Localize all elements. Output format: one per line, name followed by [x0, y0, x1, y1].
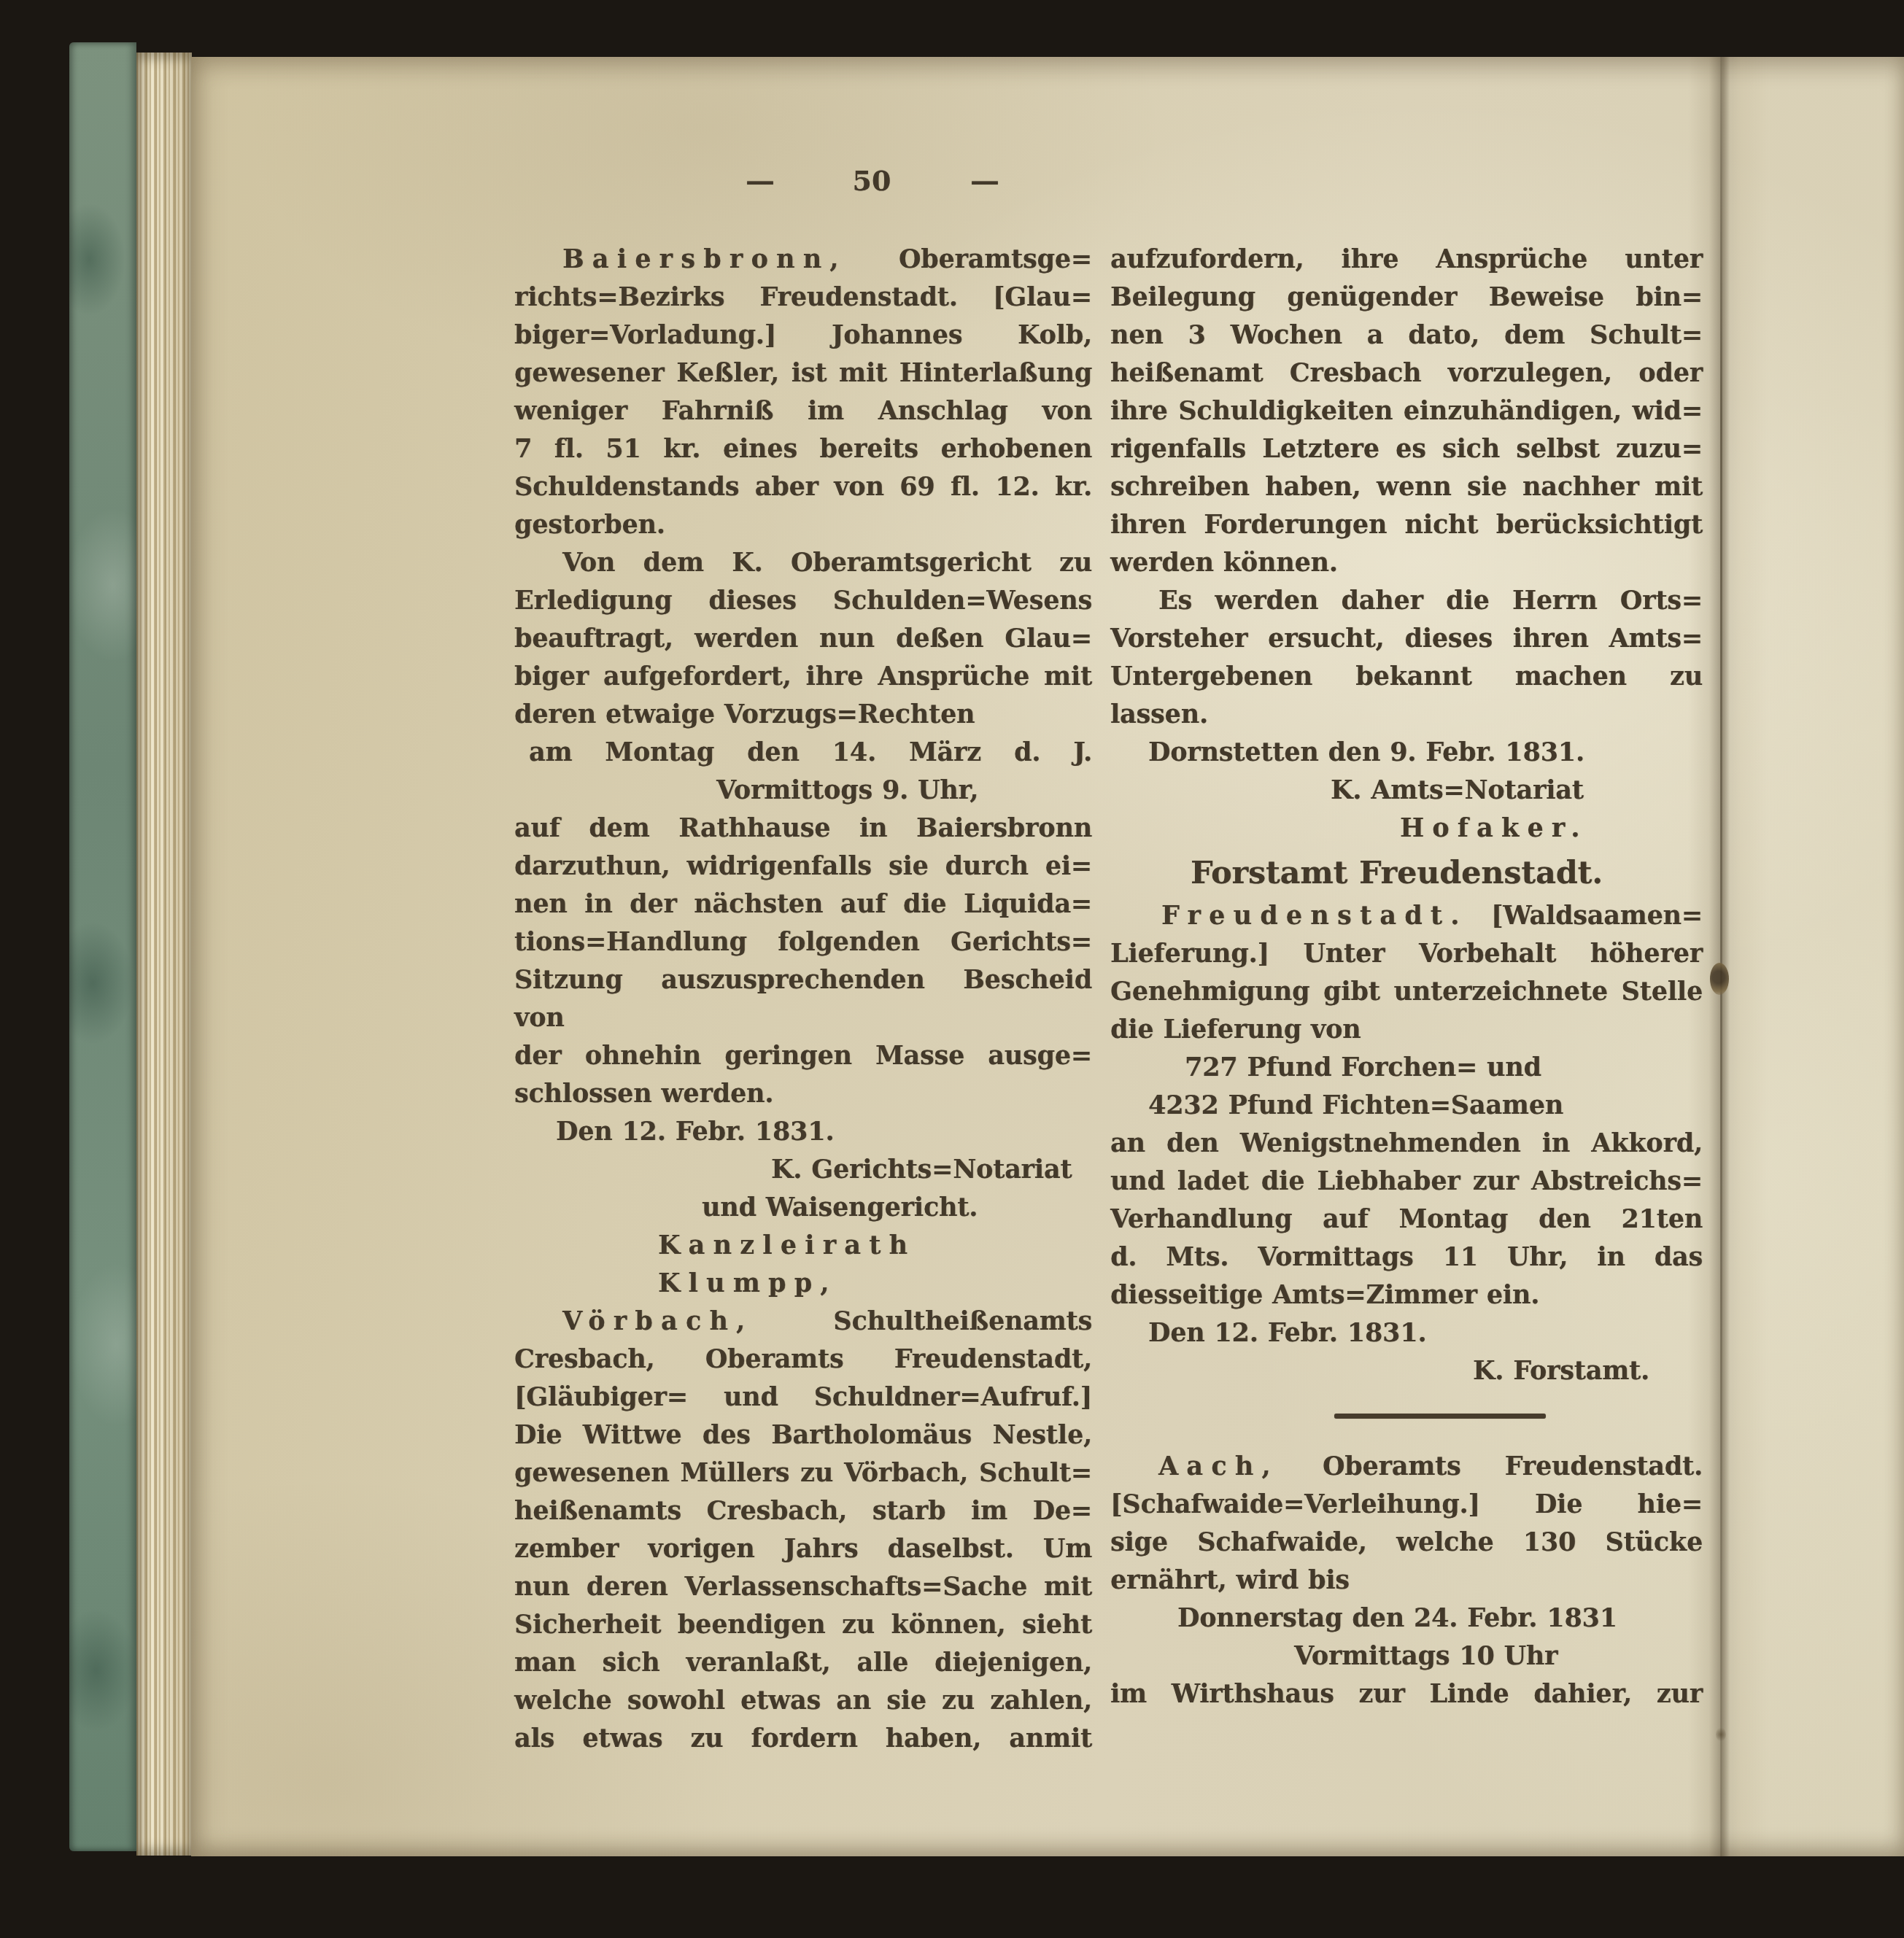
text-line: Kanzleirath Klumpp,: [514, 1227, 1092, 1303]
section-divider-rule: [1334, 1414, 1546, 1419]
page-stack-edges: [136, 53, 192, 1856]
text-line: ernährt, wird bis: [1110, 1562, 1703, 1600]
text-segment: der ohnehin geringen Masse ausge=: [514, 1041, 1092, 1071]
text-line: Vörbach, Schultheißenamts: [514, 1303, 1092, 1341]
letterspaced-text: Aach,: [1158, 1451, 1279, 1481]
text-segment: Vormittags 10 Uhr: [1294, 1641, 1557, 1671]
text-segment: Vorsteher ersucht, dieses ihren Amts=: [1110, 624, 1703, 654]
text-line: deren etwaige Vorzugs=Rechten: [514, 696, 1092, 734]
text-line: zember vorigen Jahrs daselbst. Um: [514, 1530, 1092, 1568]
text-line: im Wirthshaus zur Linde dahier, zur: [1110, 1675, 1703, 1713]
text-segment: Erledigung dieses Schulden=Wesens: [514, 586, 1092, 616]
folio-left-dash: —: [746, 163, 773, 198]
letterspaced-text: Kanzleirath Klumpp,: [658, 1230, 916, 1298]
text-line: heißenamt Cresbach vorzulegen, oder: [1110, 354, 1703, 392]
text-segment: [Gläubiger= und Schuldner=Aufruf.]: [514, 1382, 1092, 1412]
text-line: am Montag den 14. März d. J.: [514, 734, 1092, 772]
text-segment: im Wirthshaus zur Linde dahier, zur: [1110, 1679, 1703, 1709]
text-segment: d. Mts. Vormittags 11 Uhr, in das: [1110, 1242, 1703, 1272]
text-segment: Oberamts Freudenstadt.: [1279, 1451, 1703, 1481]
text-segment: Den 12. Febr. 1831.: [1148, 1318, 1426, 1348]
text-segment: Verhandlung auf Montag den 21ten: [1110, 1204, 1703, 1234]
text-segment: K. Forstamt.: [1473, 1356, 1649, 1386]
notice-oberamtsgericht: Von dem K. Oberamtsgericht zuErledigung …: [514, 544, 1092, 1303]
text-line: Cresbach, Oberamts Freudenstadt,: [514, 1341, 1092, 1379]
text-line: [Gläubiger= und Schuldner=Aufruf.]: [514, 1379, 1092, 1416]
text-line: nun deren Verlassenschafts=Sache mit: [514, 1568, 1092, 1606]
text-segment: als etwas zu fordern haben, anmit: [514, 1724, 1092, 1753]
text-segment: Donnerstag den 24. Febr. 1831: [1177, 1603, 1617, 1633]
text-segment: darzuthun, widrigenfalls sie durch ei=: [514, 851, 1092, 881]
text-line: Untergebenen bekannt machen zu lassen.: [1110, 658, 1703, 734]
text-line: Die Wittwe des Bartholomäus Nestle,: [514, 1416, 1092, 1454]
scanned-page: — 50 — Baiersbronn, Oberamtsge=richts=Be…: [191, 57, 1904, 1856]
text-segment: diesseitige Amts=Zimmer ein.: [1110, 1280, 1539, 1310]
text-line: schreiben haben, wenn sie nachher mit: [1110, 468, 1703, 506]
text-line: Beilegung genügender Beweise bin=: [1110, 279, 1703, 317]
text-segment: Beilegung genügender Beweise bin=: [1110, 282, 1703, 312]
text-line: 727 Pfund Forchen= und: [1110, 1049, 1703, 1087]
text-segment: Schuldenstands aber von 69 fl. 12. kr.: [514, 472, 1092, 502]
text-line: biger=Vorladung.] Johannes Kolb,: [514, 317, 1092, 354]
text-line: gewesener Keßler, ist mit Hinterlaßung: [514, 354, 1092, 392]
text-line: Erledigung dieses Schulden=Wesens: [514, 582, 1092, 620]
text-segment: heißenamt Cresbach vorzulegen, oder: [1110, 358, 1703, 388]
text-line: schlossen werden.: [514, 1075, 1092, 1113]
text-segment: 7 fl. 51 kr. eines bereits erhobenen: [514, 434, 1092, 464]
text-line: Forstamt Freudenstadt.: [1110, 850, 1703, 896]
text-line: tions=Handlung folgenden Gerichts=: [514, 923, 1092, 961]
text-segment: am Montag den 14. März d. J.: [529, 737, 1092, 767]
notice-voerbach: Vörbach, SchultheißenamtsCresbach, Obera…: [514, 1303, 1092, 1758]
text-line: beauftragt, werden nun deßen Glau=: [514, 620, 1092, 658]
text-line: Verhandlung auf Montag den 21ten: [1110, 1201, 1703, 1239]
text-segment: an den Wenigstnehmenden in Akkord,: [1110, 1128, 1703, 1158]
text-segment: gewesenen Müllers zu Vörbach, Schult=: [514, 1458, 1092, 1488]
text-segment: gestorben.: [514, 510, 665, 540]
text-line: gewesenen Müllers zu Vörbach, Schult=: [514, 1454, 1092, 1492]
text-segment: Schultheißenamts: [753, 1306, 1092, 1336]
text-segment: welche sowohl etwas an sie zu zahlen,: [514, 1686, 1092, 1716]
text-segment: Genehmigung gibt unterzeichnete Stelle: [1110, 977, 1703, 1007]
text-segment: tions=Handlung folgenden Gerichts=: [514, 927, 1092, 957]
text-segment: schreiben haben, wenn sie nachher mit: [1110, 472, 1703, 502]
text-segment: Untergebenen bekannt machen zu lassen.: [1110, 662, 1703, 729]
letterspaced-text: Baiersbronn,: [562, 244, 847, 274]
text-line: Freudenstadt. [Waldsaamen=: [1110, 897, 1703, 935]
text-line: K. Gerichts=Notariat: [514, 1151, 1092, 1189]
letterspaced-text: Freudenstadt.: [1161, 901, 1468, 931]
text-segment: Sicherheit beendigen zu können, sieht: [514, 1610, 1092, 1640]
text-line: rigenfalls Letztere es sich selbst zuzu=: [1110, 430, 1703, 468]
text-segment: nen in der nächsten auf die Liquida=: [514, 889, 1092, 919]
text-segment: Lieferung.] Unter Vorbehalt höherer: [1110, 939, 1703, 969]
text-segment: weniger Fahrniß im Anschlag von: [514, 396, 1092, 426]
notice-aach: Aach, Oberamts Freudenstadt.[Schafwaide=…: [1110, 1448, 1703, 1713]
text-line: Dornstetten den 9. Febr. 1831.: [1110, 734, 1703, 772]
notice-waldsaamen: Freudenstadt. [Waldsaamen=Lieferung.] Un…: [1110, 897, 1703, 1390]
text-line: heißenamts Cresbach, starb im De=: [514, 1492, 1092, 1530]
text-line: Es werden daher die Herrn Orts=: [1110, 582, 1703, 620]
text-line: Hofaker.: [1110, 810, 1703, 848]
text-line: Donnerstag den 24. Febr. 1831: [1110, 1600, 1703, 1637]
letterspaced-text: Hofaker.: [1400, 813, 1588, 843]
text-segment: nen 3 Wochen a dato, dem Schult=: [1110, 320, 1703, 350]
text-line: 4232 Pfund Fichten=Saamen: [1110, 1087, 1703, 1125]
text-segment: heißenamts Cresbach, starb im De=: [514, 1496, 1092, 1526]
text-line: auf dem Rathhause in Baiersbronn: [514, 810, 1092, 848]
text-segment: Forstamt Freudenstadt.: [1191, 855, 1603, 891]
text-line: Genehmigung gibt unterzeichnete Stelle: [1110, 973, 1703, 1011]
page-number: 50: [853, 164, 891, 197]
text-line: als etwas zu fordern haben, anmit: [514, 1720, 1092, 1758]
text-line: Sitzung auszusprechenden Bescheid von: [514, 961, 1092, 1037]
text-line: Schuldenstands aber von 69 fl. 12. kr.: [514, 468, 1092, 506]
text-line: nen in der nächsten auf die Liquida=: [514, 885, 1092, 923]
text-line: biger aufgefordert, ihre Ansprüche mit: [514, 658, 1092, 696]
text-segment: ernährt, wird bis: [1110, 1565, 1350, 1595]
text-line: K. Amts=Notariat: [1110, 772, 1703, 810]
page-folio: — 50 —: [746, 163, 998, 198]
text-line: Vormittags 10 Uhr: [1110, 1637, 1703, 1675]
text-segment: beauftragt, werden nun deßen Glau=: [514, 624, 1092, 654]
notice-cresbach-continuation: aufzufordern, ihre Ansprüche unterBeileg…: [1110, 241, 1703, 582]
text-segment: [Schafwaide=Verleihung.] Die hie=: [1110, 1489, 1703, 1519]
text-line: Den 12. Febr. 1831.: [1110, 1314, 1703, 1352]
text-line: gestorben.: [514, 506, 1092, 544]
text-line: und ladet die Liebhaber zur Abstreichs=: [1110, 1163, 1703, 1201]
text-segment: Von dem K. Oberamtsgericht zu: [562, 548, 1092, 578]
text-line: welche sowohl etwas an sie zu zahlen,: [514, 1682, 1092, 1720]
text-line: werden können.: [1110, 544, 1703, 582]
text-segment: gewesener Keßler, ist mit Hinterlaßung: [514, 358, 1092, 388]
text-segment: zember vorigen Jahrs daselbst. Um: [514, 1534, 1092, 1564]
text-line: ihre Schuldigkeiten einzuhändigen, wid=: [1110, 392, 1703, 430]
text-line: Lieferung.] Unter Vorbehalt höherer: [1110, 935, 1703, 973]
text-segment: 727 Pfund Forchen= und: [1185, 1053, 1541, 1082]
notice-dornstetten: Es werden daher die Herrn Orts=Vorsteher…: [1110, 582, 1703, 848]
notice-baiersbronn: Baiersbronn, Oberamtsge=richts=Bezirks F…: [514, 241, 1092, 544]
text-line: 7 fl. 51 kr. eines bereits erhobenen: [514, 430, 1092, 468]
text-segment: aufzufordern, ihre Ansprüche unter: [1110, 244, 1703, 274]
text-segment: Den 12. Febr. 1831.: [556, 1117, 834, 1147]
text-line: der ohnehin geringen Masse ausge=: [514, 1037, 1092, 1075]
text-line: man sich veranlaßt, alle diejenigen,: [514, 1644, 1092, 1682]
left-text-column: Baiersbronn, Oberamtsge=richts=Bezirks F…: [514, 241, 1092, 1758]
text-segment: rigenfalls Letztere es sich selbst zuzu=: [1110, 434, 1703, 464]
text-line: an den Wenigstnehmenden in Akkord,: [1110, 1125, 1703, 1163]
book-cover-marbled-edge: [69, 42, 136, 1851]
forstamt-heading: Forstamt Freudenstadt.: [1110, 850, 1703, 896]
folio-right-dash: —: [970, 163, 998, 198]
text-segment: Es werden daher die Herrn Orts=: [1158, 586, 1703, 616]
text-segment: biger aufgefordert, ihre Ansprüche mit: [514, 662, 1092, 691]
text-line: diesseitige Amts=Zimmer ein.: [1110, 1276, 1703, 1314]
text-segment: K. Gerichts=Notariat: [771, 1155, 1072, 1185]
text-segment: ihre Schuldigkeiten einzuhändigen, wid=: [1110, 396, 1703, 426]
text-segment: K. Amts=Notariat: [1331, 775, 1584, 805]
text-line: [Schafwaide=Verleihung.] Die hie=: [1110, 1486, 1703, 1524]
text-line: aufzufordern, ihre Ansprüche unter: [1110, 241, 1703, 279]
text-segment: man sich veranlaßt, alle diejenigen,: [514, 1648, 1092, 1678]
text-line: darzuthun, widrigenfalls sie durch ei=: [514, 848, 1092, 885]
text-segment: auf dem Rathhause in Baiersbronn: [514, 813, 1092, 843]
text-segment: ihren Forderungen nicht berücksichtigt: [1110, 510, 1703, 540]
text-segment: sige Schafwaide, welche 130 Stücke: [1110, 1527, 1703, 1557]
text-segment: werden können.: [1110, 548, 1338, 578]
letterspaced-text: Vörbach,: [562, 1306, 753, 1336]
text-segment: richts=Bezirks Freudenstadt. [Glau=: [514, 282, 1092, 312]
text-segment: nun deren Verlassenschafts=Sache mit: [514, 1572, 1092, 1602]
text-line: Baiersbronn, Oberamtsge=: [514, 241, 1092, 279]
text-line: Vormittogs 9. Uhr,: [514, 772, 1092, 810]
text-line: Sicherheit beendigen zu können, sieht: [514, 1606, 1092, 1644]
text-line: weniger Fahrniß im Anschlag von: [514, 392, 1092, 430]
text-line: nen 3 Wochen a dato, dem Schult=: [1110, 317, 1703, 354]
text-segment: Die Wittwe des Bartholomäus Nestle,: [514, 1420, 1092, 1450]
section-divider: [1110, 1414, 1703, 1419]
text-line: die Lieferung von: [1110, 1011, 1703, 1049]
text-line: K. Forstamt.: [1110, 1352, 1703, 1390]
text-segment: [Waldsaamen=: [1468, 901, 1703, 931]
text-line: d. Mts. Vormittags 11 Uhr, in das: [1110, 1239, 1703, 1276]
text-segment: schlossen werden.: [514, 1079, 773, 1109]
text-segment: deren etwaige Vorzugs=Rechten: [514, 699, 975, 729]
text-segment: und ladet die Liebhaber zur Abstreichs=: [1110, 1166, 1703, 1196]
text-segment: 4232 Pfund Fichten=Saamen: [1148, 1090, 1563, 1120]
text-segment: Sitzung auszusprechenden Bescheid von: [514, 965, 1092, 1033]
text-segment: und Waisengericht.: [702, 1193, 978, 1222]
gutter-crease-line: [1720, 57, 1722, 1856]
text-segment: die Lieferung von: [1110, 1015, 1361, 1044]
text-segment: Dornstetten den 9. Febr. 1831.: [1148, 737, 1584, 767]
text-line: Vorsteher ersucht, dieses ihren Amts=: [1110, 620, 1703, 658]
text-line: und Waisengericht.: [514, 1189, 1092, 1227]
text-line: ihren Forderungen nicht berücksichtigt: [1110, 506, 1703, 544]
text-line: Aach, Oberamts Freudenstadt.: [1110, 1448, 1703, 1486]
text-line: Von dem K. Oberamtsgericht zu: [514, 544, 1092, 582]
paper-speck: [1716, 1727, 1726, 1742]
text-line: Den 12. Febr. 1831.: [514, 1113, 1092, 1151]
text-segment: Cresbach, Oberamts Freudenstadt,: [514, 1344, 1092, 1374]
text-segment: Vormittogs 9. Uhr,: [716, 775, 978, 805]
binding-stitch-hole: [1710, 963, 1729, 995]
text-segment: biger=Vorladung.] Johannes Kolb,: [514, 320, 1092, 350]
right-text-column: aufzufordern, ihre Ansprüche unterBeileg…: [1110, 241, 1703, 1713]
text-segment: Oberamtsge=: [847, 244, 1092, 274]
text-line: sige Schafwaide, welche 130 Stücke: [1110, 1524, 1703, 1562]
text-line: richts=Bezirks Freudenstadt. [Glau=: [514, 279, 1092, 317]
